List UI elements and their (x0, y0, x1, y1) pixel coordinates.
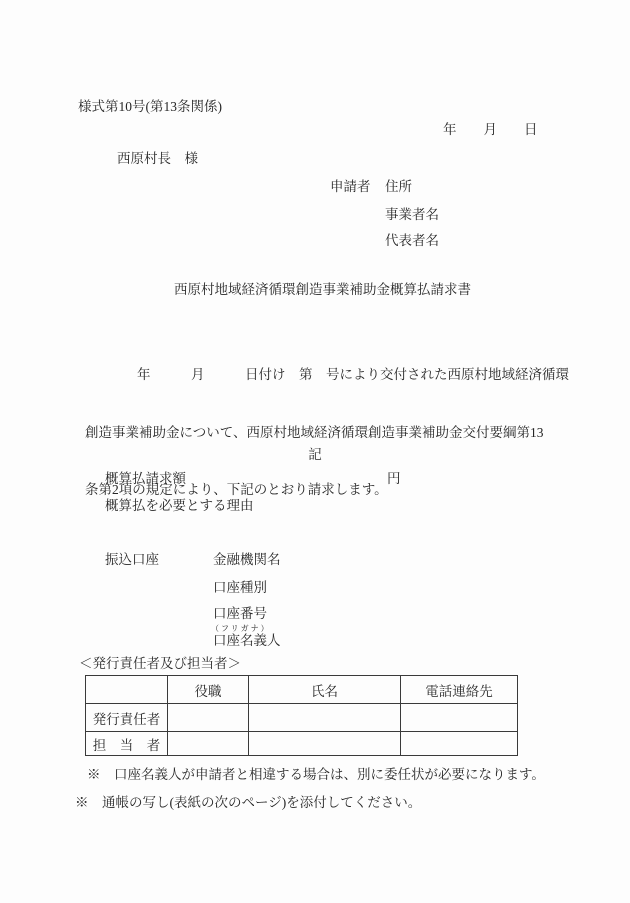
row-label-staff: 担 当 者 (86, 732, 168, 756)
applicant-business-name-label: 事業者名 (385, 207, 439, 222)
cell-staff-name (249, 732, 401, 756)
cell-staff-phone (401, 732, 518, 756)
cell-issuer-role (168, 704, 249, 732)
body-paragraph-line-1: 年 月 日付け 第 号により交付された西原村地域経済循環 (85, 361, 585, 389)
contacts-table: 役職 氏名 電話連絡先 発行責任者 担 当 者 (85, 675, 518, 756)
furigana-label: （フリガナ） (211, 624, 271, 633)
note-passbook-copy: ※ 通帳の写し(表紙の次のページ)を添付してください。 (75, 795, 421, 810)
column-header-phone: 電話連絡先 (401, 676, 518, 704)
table-row-staff: 担 当 者 (86, 732, 518, 756)
cell-issuer-name (249, 704, 401, 732)
table-header-row: 役職 氏名 電話連絡先 (86, 676, 518, 704)
cell-staff-role (168, 732, 249, 756)
date-placeholder: 年 月 日 (443, 122, 538, 137)
bank-transfer-account-label: 振込口座 (105, 552, 159, 567)
applicant-label: 申請者 (330, 179, 371, 194)
account-holder-label: 口座名義人 (213, 633, 281, 648)
applicant-representative-label: 代表者名 (385, 233, 439, 248)
account-number-label: 口座番号 (213, 606, 267, 621)
column-header-name: 氏名 (249, 676, 401, 704)
form-number-label: 様式第10号(第13条関係) (78, 99, 222, 114)
column-header-role: 役職 (168, 676, 249, 704)
account-type-label: 口座種別 (213, 580, 267, 595)
financial-institution-label: 金融機関名 (213, 552, 281, 567)
document-title: 西原村地域経済循環創造事業補助金概算払請求書 (174, 282, 471, 297)
cell-issuer-phone (401, 704, 518, 732)
row-label-issuing-officer: 発行責任者 (86, 704, 168, 732)
contacts-table-heading: ＜発行責任者及び担当者＞ (79, 656, 241, 671)
note-power-of-attorney: ※ 口座名義人が申請者と相違する場合は、別に委任状が必要になります。 (87, 767, 545, 782)
table-row-issuer: 発行責任者 (86, 704, 518, 732)
document-page: 様式第10号(第13条関係) 年 月 日 西原村長 様 申請者 住所 事業者名 … (0, 0, 630, 903)
estimated-payment-amount-label: 概算払請求額 (105, 471, 186, 486)
currency-unit-yen: 円 (387, 471, 401, 486)
payment-reason-label: 概算払を必要とする理由 (105, 498, 254, 513)
section-marker-ki: 記 (0, 447, 630, 462)
body-paragraph-line-2: 創造事業補助金について、西原村地域経済循環創造事業補助金交付要綱第13 (85, 419, 585, 447)
applicant-address-label: 住所 (385, 179, 412, 194)
table-corner-cell (86, 676, 168, 704)
addressee-label: 西原村長 様 (117, 151, 198, 166)
